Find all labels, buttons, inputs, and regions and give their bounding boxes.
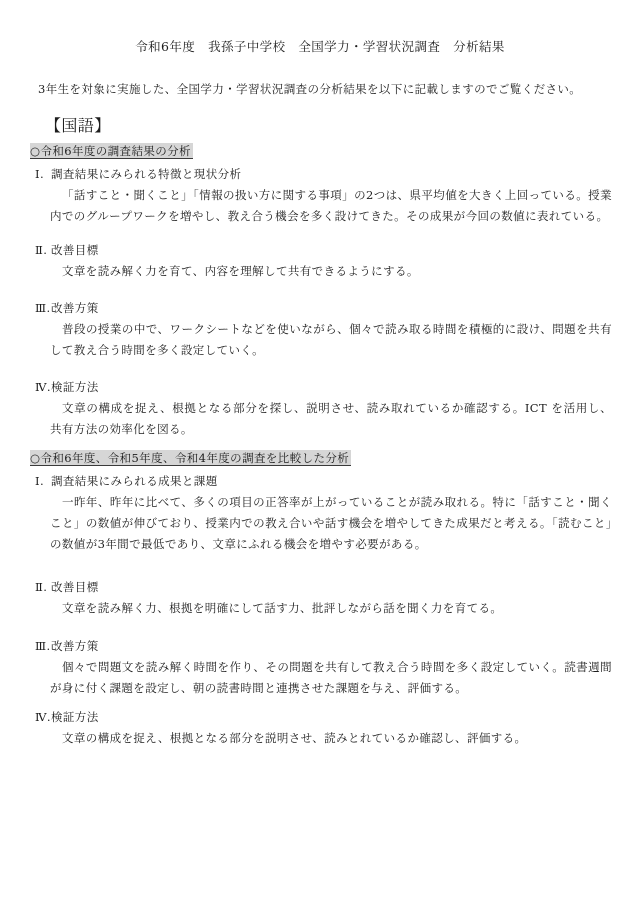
document-page: 令和6年度 我孫子中学校 全国学力・学習状況調査 分析結果 3年生を対象に実施し… [0, 0, 640, 905]
item-head: Ⅲ.改善方策 [35, 636, 612, 657]
analysis-item-1: Ⅰ.調査結果にみられる特徴と現状分析 「話すこと・聞くこと」「情報の扱い方に関す… [0, 164, 640, 227]
comparison-item-2: Ⅱ.改善目標 文章を読み解く力、根拠を明確にして話す力、批評しながら話を聞く力を… [0, 577, 640, 619]
item-body: 「話すこと・聞くこと」「情報の扱い方に関する事項」の2つは、県平均値を大きく上回… [50, 185, 612, 227]
item-body: 普段の授業の中で、ワークシートなどを使いながら、個々で読み取る時間を積極的に設け… [50, 319, 612, 361]
item-title: 検証方法 [51, 380, 99, 394]
item-body: 文章を読み解く力、根拠を明確にして話す力、批評しながら話を聞く力を育てる。 [50, 598, 612, 619]
section-current-year-analysis: ○令和6年度の調査結果の分析 Ⅰ.調査結果にみられる特徴と現状分析 「話すこと・… [0, 142, 640, 440]
item-head: Ⅳ.検証方法 [35, 707, 612, 728]
item-numeral: Ⅳ. [35, 707, 51, 728]
item-title: 改善目標 [51, 580, 99, 594]
item-numeral: Ⅲ. [35, 298, 51, 319]
comparison-item-1: Ⅰ.調査結果にみられる成果と課題 一昨年、昨年に比べて、多くの項目の正答率が上が… [0, 471, 640, 555]
section-heading-text: ○令和6年度の調査結果の分析 [30, 143, 193, 159]
analysis-item-2: Ⅱ.改善目標 文章を読み解く力を育て、内容を理解して共有できるようにする。 [0, 240, 640, 282]
item-head: Ⅰ.調査結果にみられる特徴と現状分析 [35, 164, 612, 185]
analysis-item-3: Ⅲ.改善方策 普段の授業の中で、ワークシートなどを使いながら、個々で読み取る時間… [0, 298, 640, 361]
section-heading: ○令和6年度の調査結果の分析 [30, 142, 640, 161]
item-body: 文章を読み解く力を育て、内容を理解して共有できるようにする。 [50, 261, 612, 282]
item-numeral: Ⅱ. [35, 577, 51, 598]
intro-paragraph: 3年生を対象に実施した、全国学力・学習状況調査の分析結果を以下に記載しますのでご… [38, 81, 610, 98]
item-numeral: Ⅳ. [35, 377, 51, 398]
item-title: 改善目標 [51, 243, 99, 257]
item-head: Ⅱ.改善目標 [35, 577, 612, 598]
comparison-item-4: Ⅳ.検証方法 文章の構成を捉え、根拠となる部分を説明させ、読みとれているか確認し… [0, 707, 640, 749]
item-title: 改善方策 [51, 301, 99, 315]
item-body: 文章の構成を捉え、根拠となる部分を探し、説明させ、読み取れているか確認する。IC… [50, 398, 612, 440]
item-title: 調査結果にみられる成果と課題 [51, 474, 218, 488]
item-body: 一昨年、昨年に比べて、多くの項目の正答率が上がっていることが読み取れる。特に「話… [50, 492, 612, 555]
item-numeral: Ⅱ. [35, 240, 51, 261]
item-title: 改善方策 [51, 639, 99, 653]
analysis-item-4: Ⅳ.検証方法 文章の構成を捉え、根拠となる部分を探し、説明させ、読み取れているか… [0, 377, 640, 440]
item-numeral: Ⅰ. [35, 471, 51, 492]
item-head: Ⅳ.検証方法 [35, 377, 612, 398]
item-body: 個々で問題文を読み解く時間を作り、その問題を共有して教え合う時間を多く設定してい… [50, 657, 612, 699]
document-title: 令和6年度 我孫子中学校 全国学力・学習状況調査 分析結果 [20, 38, 620, 55]
item-head: Ⅰ.調査結果にみられる成果と課題 [35, 471, 612, 492]
item-numeral: Ⅰ. [35, 164, 51, 185]
comparison-item-3: Ⅲ.改善方策 個々で問題文を読み解く時間を作り、その問題を共有して教え合う時間を… [0, 636, 640, 699]
item-title: 調査結果にみられる特徴と現状分析 [51, 167, 241, 181]
section-heading: ○令和6年度、令和5年度、令和4年度の調査を比較した分析 [30, 449, 640, 468]
item-head: Ⅲ.改善方策 [35, 298, 612, 319]
section-three-year-comparison: ○令和6年度、令和5年度、令和4年度の調査を比較した分析 Ⅰ.調査結果にみられる… [0, 449, 640, 749]
subject-heading-kokugo: 【国語】 [45, 115, 640, 137]
item-body: 文章の構成を捉え、根拠となる部分を説明させ、読みとれているか確認し、評価する。 [50, 728, 612, 749]
item-title: 検証方法 [51, 710, 99, 724]
section-heading-text: ○令和6年度、令和5年度、令和4年度の調査を比較した分析 [30, 450, 351, 466]
item-numeral: Ⅲ. [35, 636, 51, 657]
item-head: Ⅱ.改善目標 [35, 240, 612, 261]
